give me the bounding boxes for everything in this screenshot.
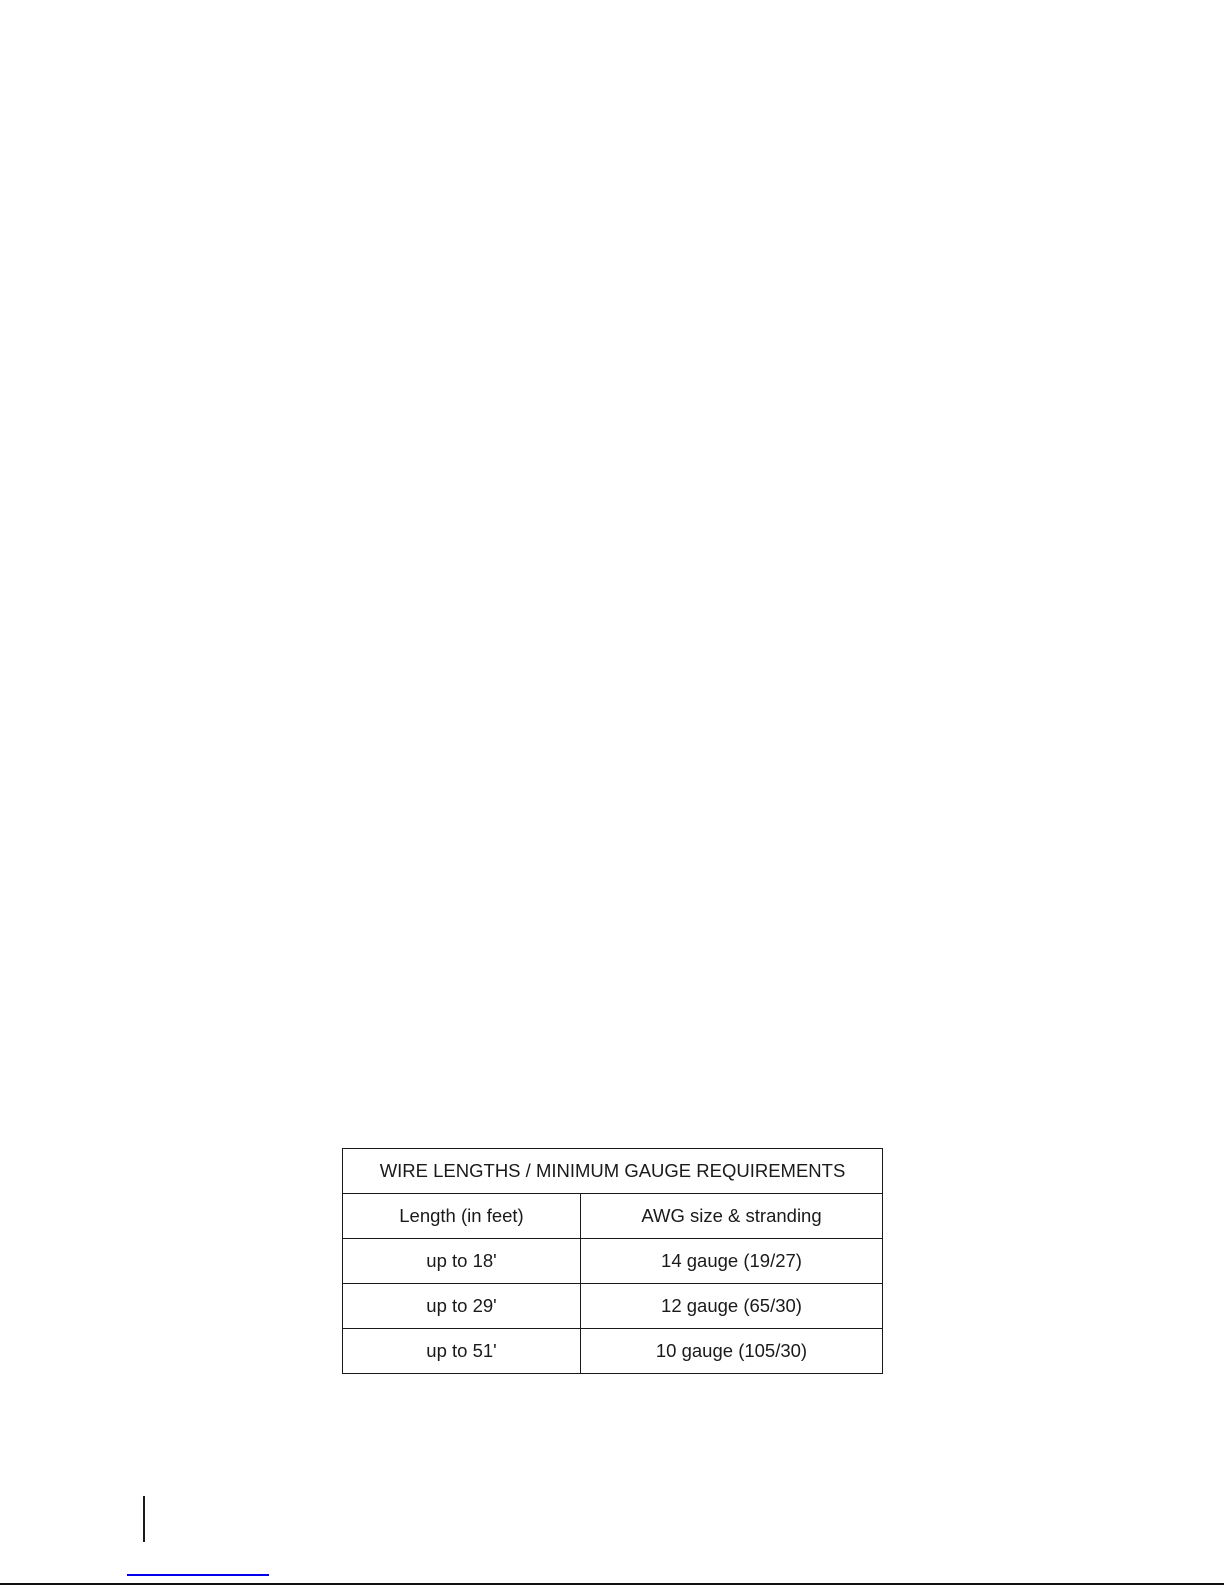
table-row: up to 29' 12 gauge (65/30) <box>343 1284 883 1329</box>
cell-awg: 12 gauge (65/30) <box>581 1284 883 1329</box>
cell-awg: 10 gauge (105/30) <box>581 1329 883 1374</box>
header-awg: AWG size & stranding <box>581 1194 883 1239</box>
table-title-row: WIRE LENGTHS / MINIMUM GAUGE REQUIREMENT… <box>343 1149 883 1194</box>
cell-awg: 14 gauge (19/27) <box>581 1239 883 1284</box>
cell-length: up to 18' <box>343 1239 581 1284</box>
table-row: up to 51' 10 gauge (105/30) <box>343 1329 883 1374</box>
cell-length: up to 29' <box>343 1284 581 1329</box>
table-row: up to 18' 14 gauge (19/27) <box>343 1239 883 1284</box>
table-header-row: Length (in feet) AWG size & stranding <box>343 1194 883 1239</box>
table-title: WIRE LENGTHS / MINIMUM GAUGE REQUIREMENT… <box>343 1149 883 1194</box>
footer-link-underline[interactable] <box>127 1574 269 1576</box>
wire-gauge-table: WIRE LENGTHS / MINIMUM GAUGE REQUIREMENT… <box>342 1148 883 1374</box>
header-length: Length (in feet) <box>343 1194 581 1239</box>
page-marker-bar <box>143 1496 145 1542</box>
cell-length: up to 51' <box>343 1329 581 1374</box>
